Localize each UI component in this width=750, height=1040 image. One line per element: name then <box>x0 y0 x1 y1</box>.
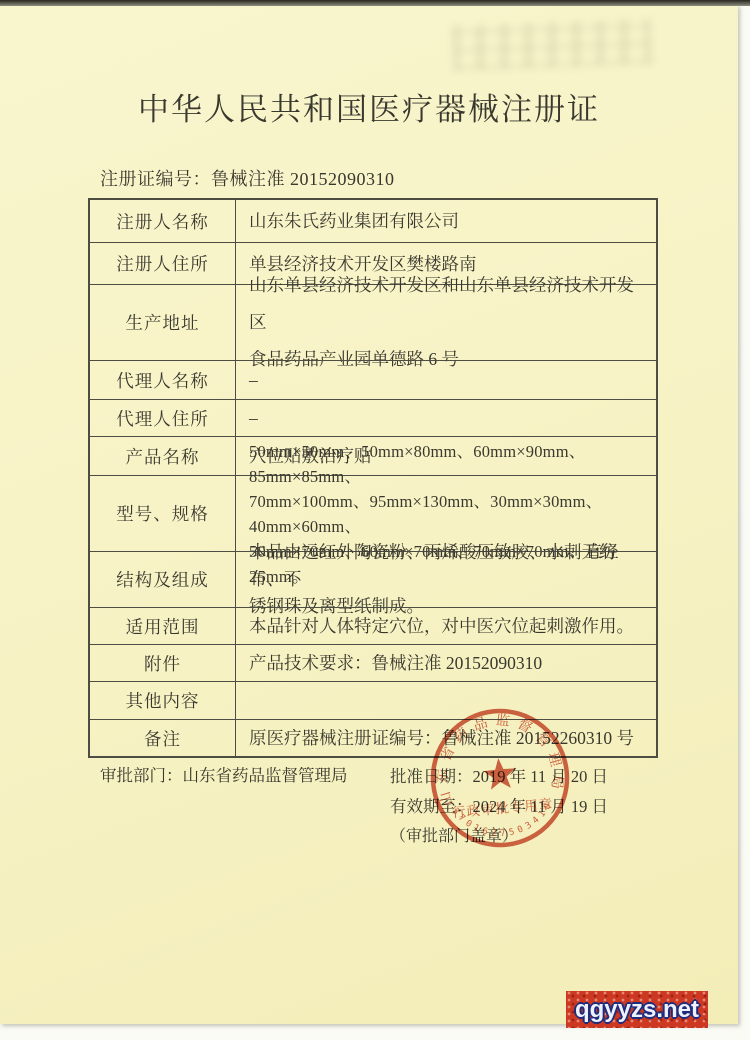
table-row-registrant-name: 注册人名称 山东朱氏药业集团有限公司 <box>90 200 656 242</box>
field-label: 代理人名称 <box>90 361 236 399</box>
field-value: 原医疗器械注册证编号：鲁械注准 20152260310 号 <box>236 720 656 756</box>
site-watermark: qgyyzs.net <box>566 991 708 1028</box>
field-label: 结构及组成 <box>90 552 236 607</box>
registration-number-value: 鲁械注准 20152090310 <box>211 169 395 189</box>
table-row-attachments: 附件 产品技术要求：鲁械注准 20152090310 <box>90 644 656 681</box>
field-label: 生产地址 <box>90 285 236 360</box>
scanned-certificate-page: 中华人民共和国医疗器械注册证 注册证编号：鲁械注准 20152090310 注册… <box>0 0 750 1040</box>
seal-note: （审批部门盖章） <box>390 822 608 852</box>
field-value: 产品技术要求：鲁械注准 20152090310 <box>236 645 656 681</box>
approval-department-label: 审批部门： <box>100 766 183 785</box>
ink-bleed-through <box>451 19 652 72</box>
field-label: 注册人名称 <box>90 200 236 242</box>
valid-until-value: 2024 年 11 月 19 日 <box>473 797 609 816</box>
field-label: 适用范围 <box>90 608 236 644</box>
field-value: 本品针对人体特定穴位，对中医穴位起刺激作用。 <box>236 608 656 644</box>
approval-department-value: 山东省药品监督管理局 <box>183 766 348 785</box>
registration-number-line: 注册证编号：鲁械注准 20152090310 <box>100 165 395 191</box>
field-label: 产品名称 <box>90 437 236 475</box>
field-label: 代理人住所 <box>90 400 236 436</box>
field-value: 本品由远红外陶瓷粉、丙烯酸压敏胶、水刺无纺布、不 锈钢珠及离型纸制成。 <box>236 552 656 607</box>
date-block: 批准日期：2019 年 11 月 20 日 有效期至：2024 年 11 月 1… <box>390 762 608 852</box>
field-value <box>236 682 656 719</box>
scan-top-edge <box>0 0 750 6</box>
field-value: – <box>236 361 656 399</box>
approval-date-label: 批准日期： <box>390 767 473 786</box>
field-label: 其他内容 <box>90 682 236 719</box>
table-row-structure-composition: 结构及组成 本品由远红外陶瓷粉、丙烯酸压敏胶、水刺无纺布、不 锈钢珠及离型纸制成… <box>90 551 656 607</box>
table-row-agent-name: 代理人名称 – <box>90 360 656 399</box>
table-row-remarks: 备注 原医疗器械注册证编号：鲁械注准 20152260310 号 <box>90 719 656 756</box>
certificate-title: 中华人民共和国医疗器械注册证 <box>0 84 738 129</box>
field-label: 附件 <box>90 645 236 681</box>
field-value: 山东单县经济技术开发区和山东单县经济技术开发区 食品药品产业园单德路 6 号 <box>236 285 656 360</box>
table-row-production-address: 生产地址 山东单县经济技术开发区和山东单县经济技术开发区 食品药品产业园单德路 … <box>90 284 656 360</box>
certificate-table: 注册人名称 山东朱氏药业集团有限公司 注册人住所 单县经济技术开发区樊楼路南 生… <box>88 198 658 758</box>
approval-department-line: 审批部门：山东省药品监督管理局 <box>100 762 348 786</box>
field-value: 山东朱氏药业集团有限公司 <box>236 200 656 242</box>
valid-until-line: 有效期至：2024 年 11 月 19 日 <box>390 792 608 822</box>
field-label: 注册人住所 <box>90 243 236 284</box>
approval-date-line: 批准日期：2019 年 11 月 20 日 <box>390 762 608 792</box>
table-row-other-content: 其他内容 <box>90 681 656 719</box>
valid-until-label: 有效期至： <box>390 797 473 816</box>
field-label: 型号、规格 <box>90 476 236 551</box>
field-value: – <box>236 400 656 436</box>
table-row-agent-address: 代理人住所 – <box>90 399 656 436</box>
registration-number-label: 注册证编号： <box>100 169 211 189</box>
field-label: 备注 <box>90 720 236 756</box>
approval-date-value: 2019 年 11 月 20 日 <box>473 767 609 786</box>
table-row-scope-of-application: 适用范围 本品针对人体特定穴位，对中医穴位起刺激作用。 <box>90 607 656 644</box>
